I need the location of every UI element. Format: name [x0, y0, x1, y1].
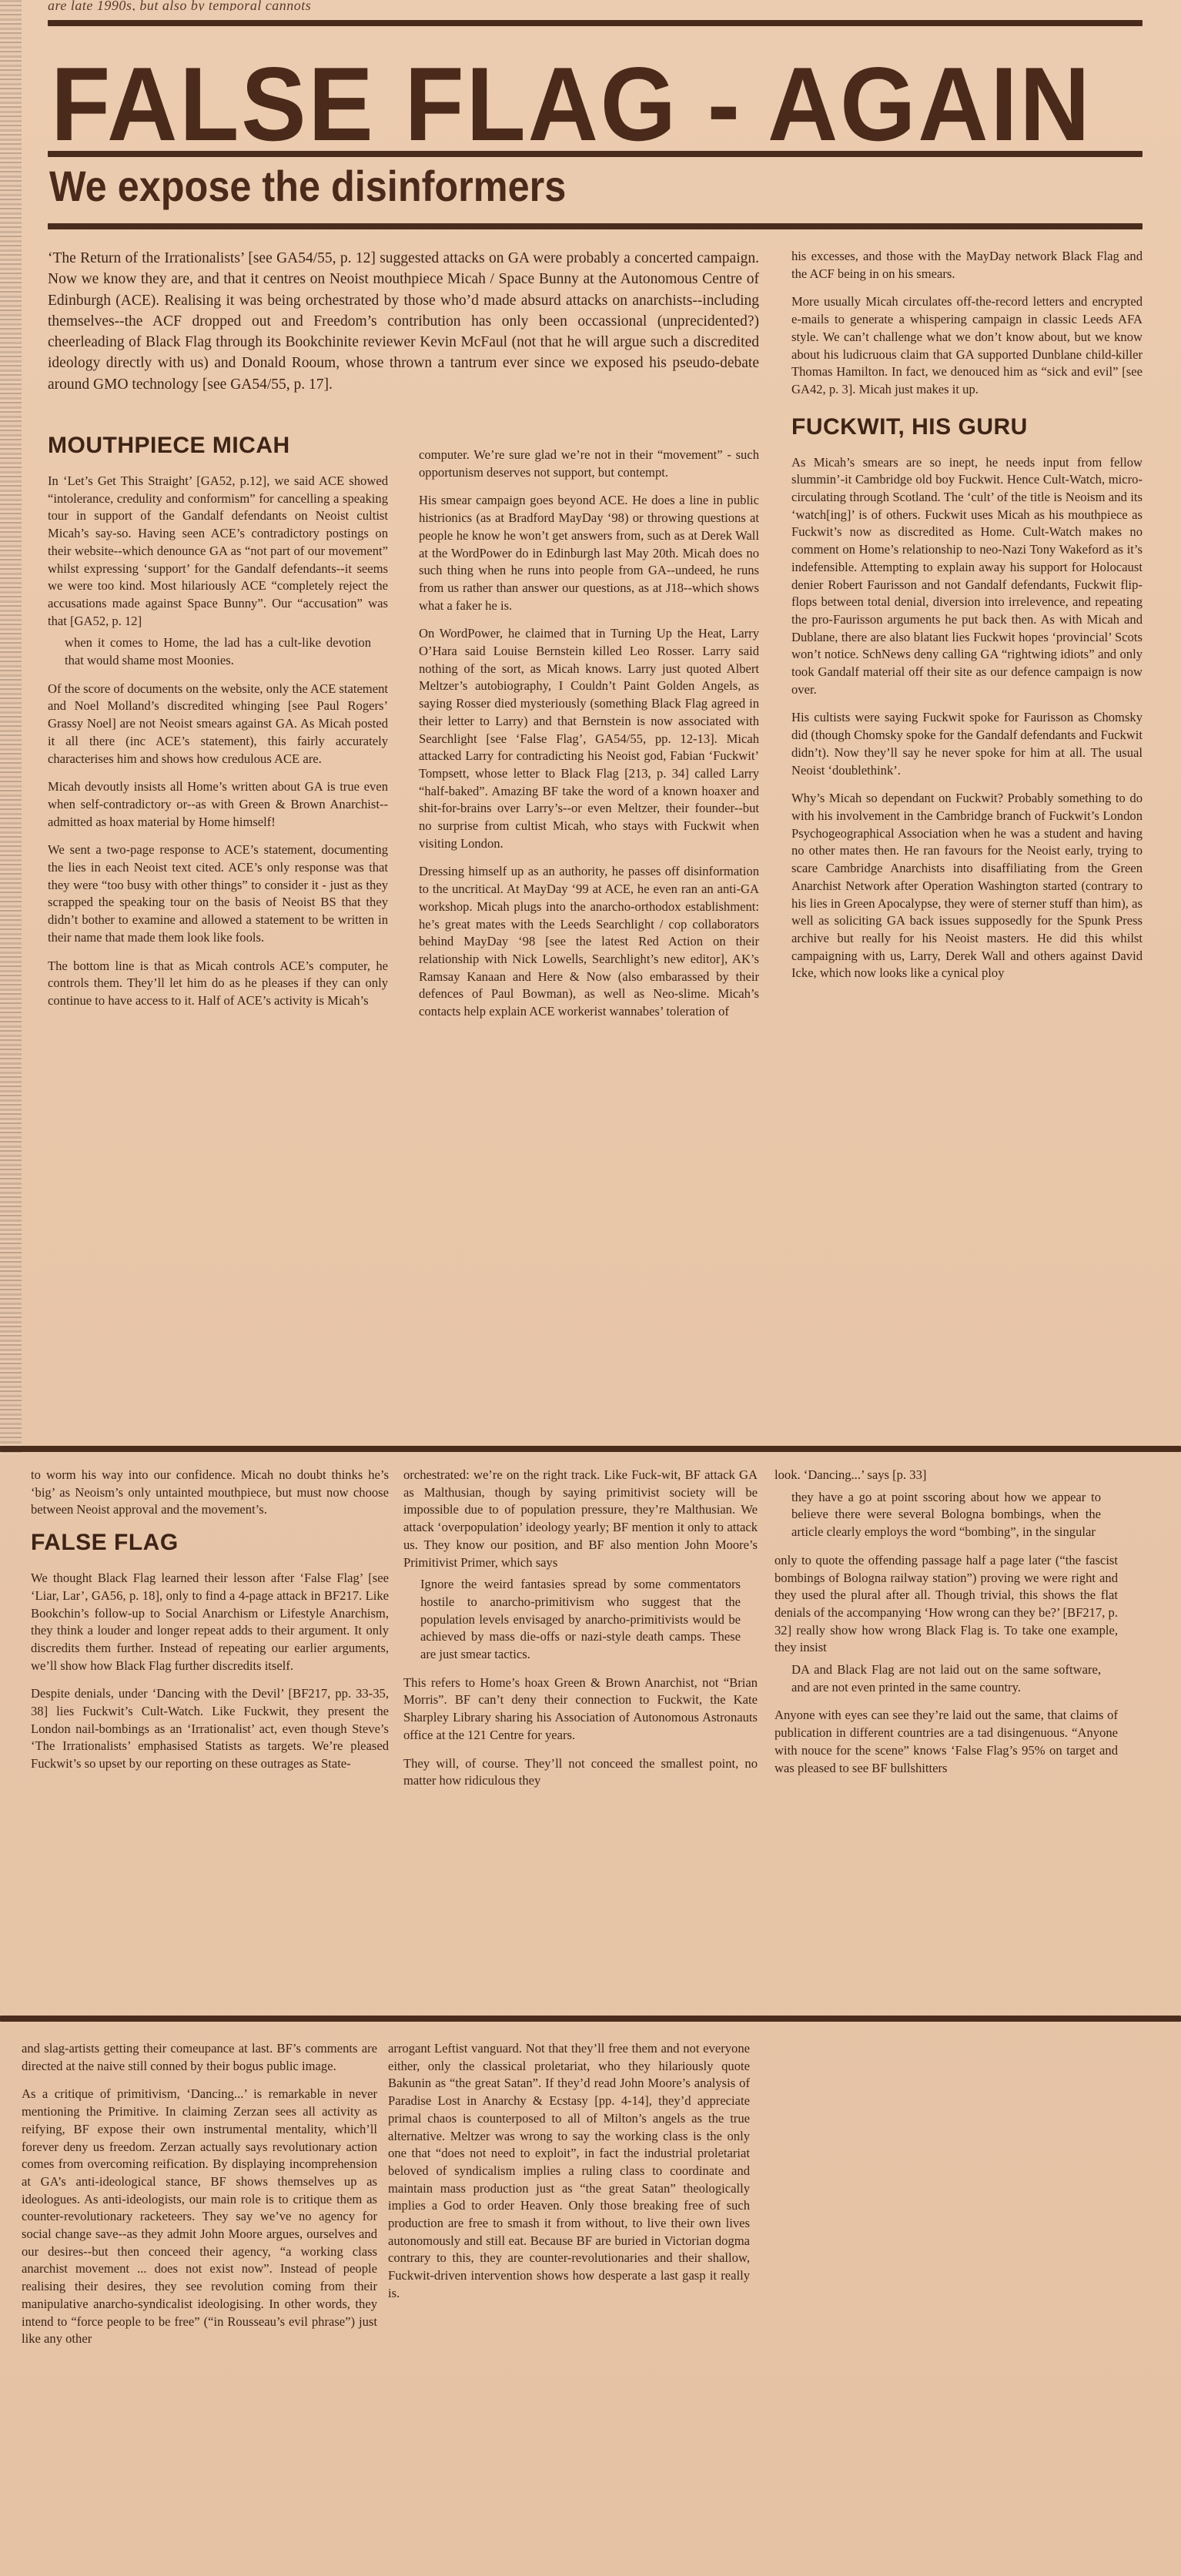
subhead-rule [48, 223, 1143, 229]
column-2: computer. We’re sure glad we’re not in t… [419, 447, 759, 1032]
block-quote: when it comes to Home, the lad has a cul… [65, 634, 371, 669]
paragraph: They will, of course. They’ll not concee… [403, 1755, 758, 1790]
headline: FALSE FLAG - AGAIN [51, 62, 1068, 146]
paragraph: to worm his way into our confidence. Mic… [31, 1467, 389, 1519]
newspaper-page: are late 1990s, but also by temporal can… [0, 0, 1181, 2576]
block-quote: Ignore the weird fantasies spread by som… [420, 1576, 741, 1664]
paragraph: look. ‘Dancing...’ says [p. 33] [775, 1467, 1118, 1484]
paragraph: His cultists were saying Fuckwit spoke f… [791, 709, 1143, 779]
paragraph: and slag-artists getting their comeupanc… [22, 2040, 377, 2075]
block-quote: DA and Black Flag are not laid out on th… [791, 1661, 1101, 1696]
intro-paragraph: ‘The Return of the Irrationalists’ [see … [48, 248, 759, 395]
previous-article-fragment: are late 1990s, but also by temporal can… [48, 0, 311, 11]
column-3: his excesses, and those with the MayDay … [791, 248, 1143, 993]
section-heading-false-flag: FALSE FLAG [31, 1530, 389, 1556]
adjacent-page-edge [0, 0, 22, 1455]
intro-text: ‘The Return of the Irrationalists’ [see … [48, 248, 759, 395]
column-7: and slag-artists getting their comeupanc… [22, 2040, 377, 2359]
paragraph: orchestrated: we’re on the right track. … [403, 1467, 758, 1571]
paragraph: On WordPower, he claimed that in Turning… [419, 625, 759, 852]
paragraph: In ‘Let’s Get This Straight’ [GA52, p.12… [48, 473, 388, 630]
column-4: to worm his way into our confidence. Mic… [31, 1467, 389, 1784]
paragraph: Why’s Micah so dependant on Fuckwit? Pro… [791, 790, 1143, 982]
column-6: look. ‘Dancing...’ says [p. 33] they hav… [775, 1467, 1118, 1788]
paragraph: computer. We’re sure glad we’re not in t… [419, 447, 759, 481]
paragraph: his excesses, and those with the MayDay … [791, 248, 1143, 283]
column-5: orchestrated: we’re on the right track. … [403, 1467, 758, 1801]
paragraph: Anyone with eyes can see they’re laid ou… [775, 1707, 1118, 1777]
top-rule [48, 20, 1143, 26]
section-heading-fuckwit-his-guru: FUCKWIT, HIS GURU [791, 414, 1143, 440]
paragraph: As Micah’s smears are so inept, he needs… [791, 454, 1143, 699]
paragraph: The bottom line is that as Micah control… [48, 958, 388, 1010]
paragraph: Micah devoutly insists all Home’s writte… [48, 778, 388, 831]
paragraph: This refers to Home’s hoax Green & Brown… [403, 1674, 758, 1745]
paragraph: We sent a two-page response to ACE’s sta… [48, 841, 388, 946]
paragraph: His smear campaign goes beyond ACE. He d… [419, 492, 759, 614]
paragraph: arrogant Leftist vanguard. Not that they… [388, 2040, 750, 2303]
paragraph: Of the score of documents on the website… [48, 681, 388, 768]
column-8: arrogant Leftist vanguard. Not that they… [388, 2040, 750, 2313]
block-quote: they have a go at point sscoring about h… [791, 1489, 1101, 1541]
paragraph: only to quote the offending passage half… [775, 1552, 1118, 1657]
paragraph: We thought Black Flag learned their less… [31, 1570, 389, 1674]
block-divider-1 [0, 1446, 1181, 1452]
block-divider-2 [0, 2016, 1181, 2022]
headline-rule [48, 151, 1143, 157]
subheadline: We expose the disinformers [49, 163, 566, 209]
paragraph: More usually Micah circulates off-the-re… [791, 293, 1143, 398]
section-heading-mouthpiece-micah: MOUTHPIECE MICAH [48, 433, 388, 459]
paragraph: Dressing himself up as an authority, he … [419, 863, 759, 1020]
paragraph: Despite denials, under ‘Dancing with the… [31, 1685, 389, 1773]
paragraph: As a critique of primitivism, ‘Dancing..… [22, 2086, 377, 2348]
column-1: MOUTHPIECE MICAH In ‘Let’s Get This Stra… [48, 433, 388, 1021]
